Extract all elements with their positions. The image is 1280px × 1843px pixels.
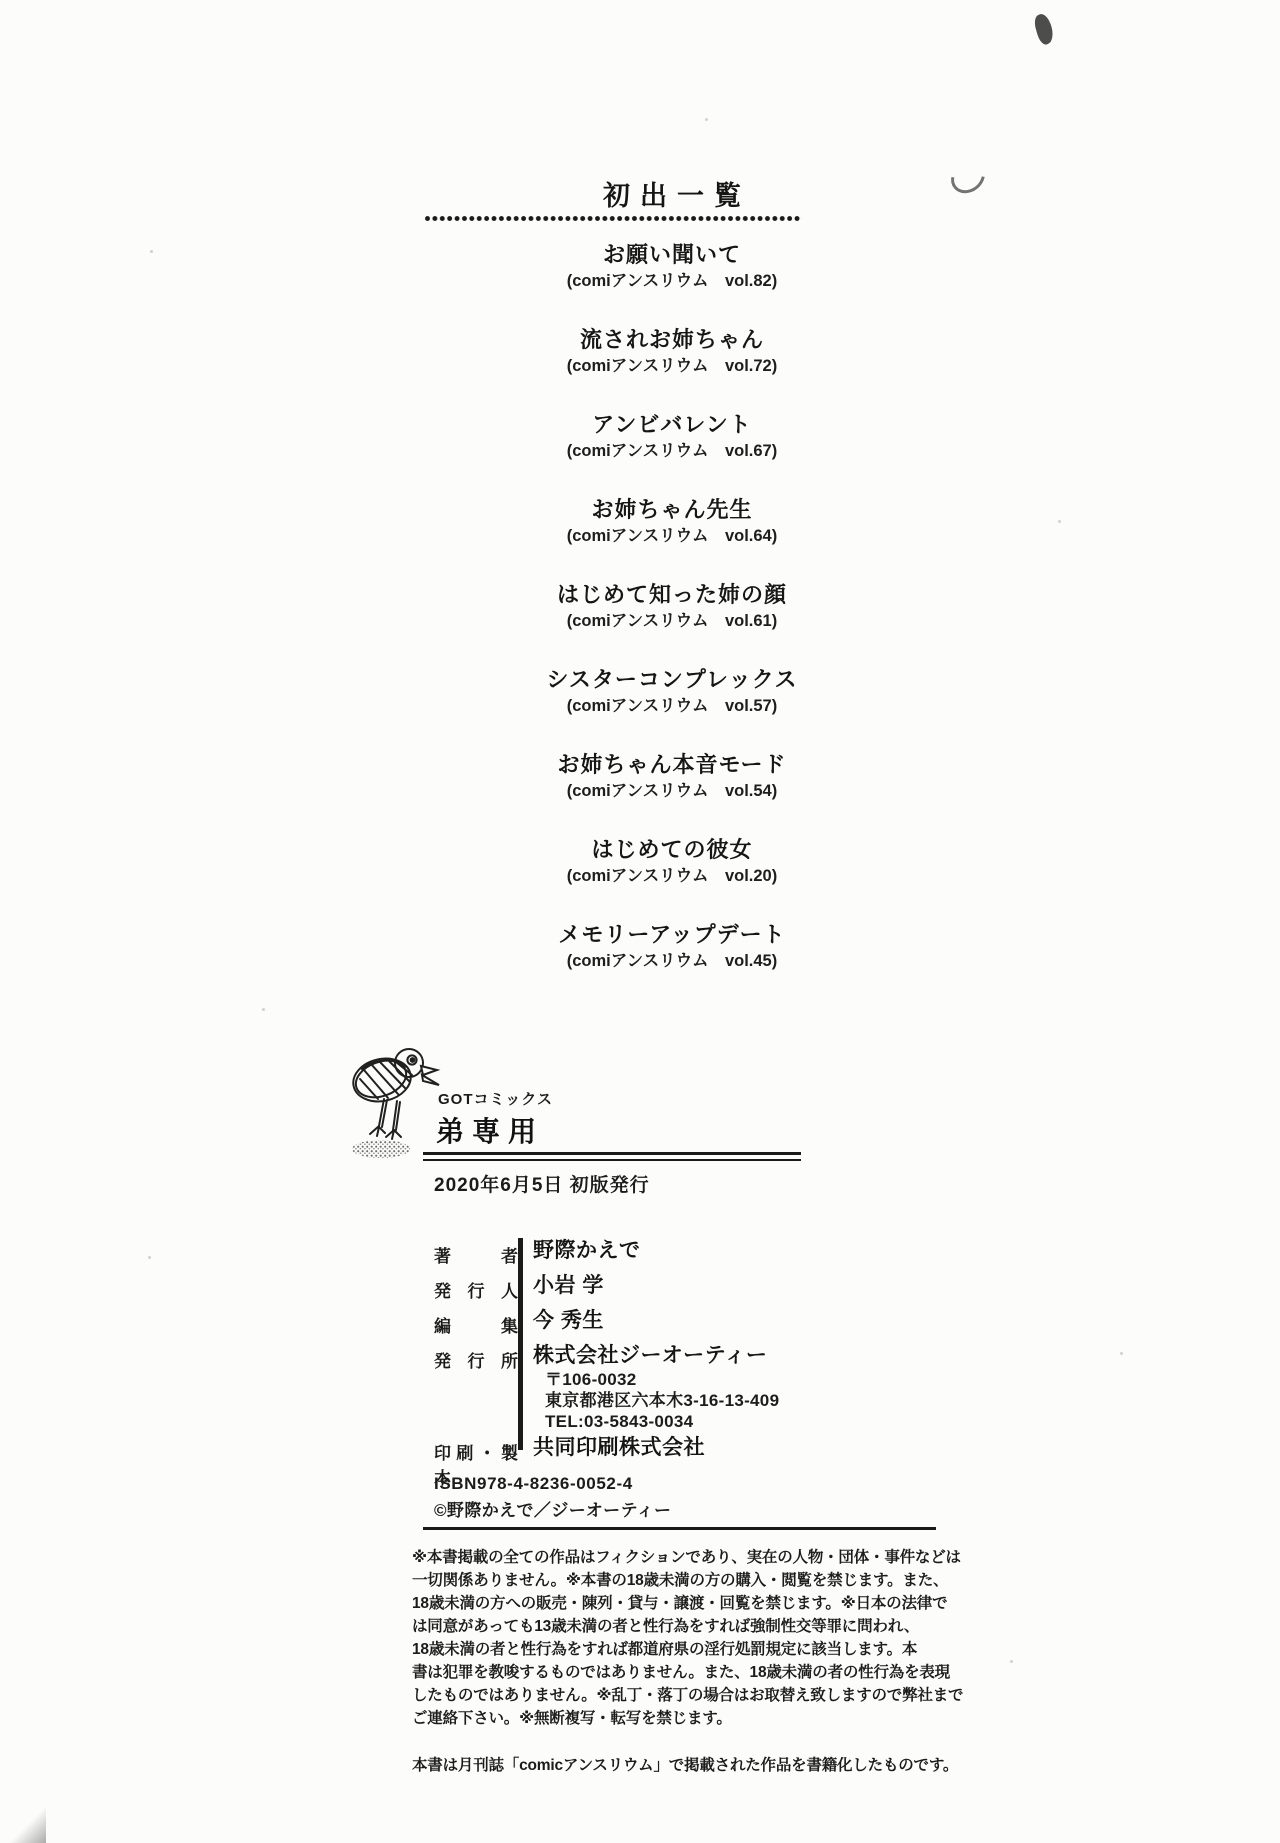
publication-source: (comiアンスリウム vol.20) <box>424 865 920 887</box>
bird-shadow <box>352 1140 410 1158</box>
publication-source: (comiアンスリウム vol.54) <box>424 780 920 802</box>
publication-title: お姉ちゃん先生 <box>424 497 920 523</box>
legal-disclaimer-line: したものではありません。※乱丁・落丁の場合はお取替え致しますので弊社まで <box>412 1684 952 1707</box>
colophon-row: 発行人小岩 学 <box>434 1273 814 1302</box>
scan-speck <box>1120 1352 1123 1355</box>
publisher-address-line: 〒106-0032 <box>545 1369 779 1390</box>
page-title: 初出一覧 <box>424 174 920 213</box>
isbn-line: ISBN978-4-8236-0052-4 <box>434 1474 633 1494</box>
publication-entry: お姉ちゃん先生(comiアンスリウム vol.64) <box>424 497 920 582</box>
legal-divider <box>423 1527 936 1530</box>
colophon-row-value-wrap: 小岩 学 <box>533 1273 604 1299</box>
colophon-row: 発行所株式会社ジーオーティー〒106-0032東京都港区六本木3-16-13-4… <box>434 1343 814 1432</box>
publisher-address-line: TEL:03-5843-0034 <box>545 1411 779 1432</box>
colophon-row-value-wrap: 今 秀生 <box>533 1308 604 1334</box>
publication-entry: お姉ちゃん本音モード(comiアンスリウム vol.54) <box>424 752 920 837</box>
publication-source: (comiアンスリウム vol.45) <box>424 950 920 972</box>
publication-title: シスターコンプレックス <box>424 667 920 693</box>
publication-title: メモリーアップデート <box>424 922 920 948</box>
scan-speck <box>1058 520 1061 523</box>
colophon-row-label: 著者 <box>434 1238 518 1267</box>
publication-source: (comiアンスリウム vol.64) <box>424 525 920 547</box>
publication-entry: アンビバレント(comiアンスリウム vol.67) <box>424 412 920 497</box>
scan-speck <box>150 250 153 253</box>
first-publication-list: お願い聞いて(comiアンスリウム vol.82)流されお姉ちゃん(comiアン… <box>424 242 920 1007</box>
publication-info-table: 著者野際かえで発行人小岩 学編集今 秀生発行所株式会社ジーオーティー〒106-0… <box>434 1236 814 1489</box>
colophon-row-label: 発行所 <box>434 1343 518 1372</box>
colophon-row-value-wrap: 野際かえで <box>533 1238 641 1264</box>
colophon-row-value: 小岩 学 <box>533 1273 604 1299</box>
publication-entry: メモリーアップデート(comiアンスリウム vol.45) <box>424 922 920 1007</box>
publisher-address: 〒106-0032東京都港区六本木3-16-13-409TEL:03-5843-… <box>545 1369 779 1432</box>
legal-disclaimer-line: は同意があっても13歳未満の者と性行為をすれば強制性交等罪に問われ、 <box>412 1615 952 1638</box>
publisher-mascot-bird-icon <box>348 1042 443 1160</box>
publication-title: はじめて知った姉の顔 <box>424 582 920 608</box>
publication-entry: はじめての彼女(comiアンスリウム vol.20) <box>424 837 920 922</box>
publication-source: (comiアンスリウム vol.67) <box>424 440 920 462</box>
legal-disclaimer-line: 一切関係ありません。※本書の18歳未満の方の購入・閲覧を禁じます。また、 <box>412 1569 952 1592</box>
book-title: 弟専用 <box>436 1110 544 1150</box>
scan-speck <box>1010 1660 1013 1663</box>
imprint-label: GOTコミックス <box>438 1088 553 1109</box>
legal-disclaimer-line: 書は犯罪を教唆するものではありません。また、18歳未満の者の性行為を表現 <box>412 1661 952 1684</box>
copyright-line: ©野際かえで／ジーオーティー <box>434 1496 671 1521</box>
scan-artifact <box>1033 11 1056 48</box>
publisher-address-line: 東京都港区六本木3-16-13-409 <box>545 1390 779 1411</box>
publication-title: はじめての彼女 <box>424 837 920 863</box>
publication-title: お姉ちゃん本音モード <box>424 752 920 778</box>
colophon-row-label: 編集 <box>434 1308 518 1337</box>
legal-disclaimer-line: ※本書掲載の全ての作品はフィクションであり、実在の人物・団体・事件などは <box>412 1546 952 1569</box>
publication-entry: はじめて知った姉の顔(comiアンスリウム vol.61) <box>424 582 920 667</box>
publication-source: (comiアンスリウム vol.57) <box>424 695 920 717</box>
publication-source: (comiアンスリウム vol.72) <box>424 355 920 377</box>
scan-artifact <box>945 154 992 200</box>
serialization-note: 本書は月刊誌「comicアンスリウム」で掲載された作品を書籍化したものです。 <box>412 1753 958 1775</box>
publication-source: (comiアンスリウム vol.82) <box>424 270 920 292</box>
scan-speck <box>705 118 708 121</box>
legal-disclaimer-line: 18歳未満の者と性行為をすれば都道府県の淫行処罰規定に該当します。本 <box>412 1638 952 1661</box>
double-rule <box>423 1152 801 1161</box>
scan-artifact <box>0 1791 46 1843</box>
colophon-row-value: 今 秀生 <box>533 1308 604 1334</box>
publication-title: 流されお姉ちゃん <box>424 327 920 353</box>
colophon-row-value: 共同印刷株式会社 <box>533 1435 705 1461</box>
colophon-row-value-wrap: 共同印刷株式会社 <box>533 1435 705 1461</box>
publication-title: お願い聞いて <box>424 242 920 268</box>
colophon-row-value: 野際かえで <box>533 1238 641 1264</box>
publication-title: アンビバレント <box>424 412 920 438</box>
publication-entry: お願い聞いて(comiアンスリウム vol.82) <box>424 242 920 327</box>
legal-disclaimer: ※本書掲載の全ての作品はフィクションであり、実在の人物・団体・事件などは一切関係… <box>412 1546 952 1730</box>
dotted-divider <box>424 215 802 222</box>
legal-disclaimer-line: ご連絡下さい。※無断複写・転写を禁じます。 <box>412 1707 952 1730</box>
publication-source: (comiアンスリウム vol.61) <box>424 610 920 632</box>
colophon-page: 初出一覧 お願い聞いて(comiアンスリウム vol.82)流されお姉ちゃん(c… <box>0 0 1280 1843</box>
scan-speck <box>262 1008 265 1011</box>
publication-entry: シスターコンプレックス(comiアンスリウム vol.57) <box>424 667 920 752</box>
colophon-row: 著者野際かえで <box>434 1238 814 1267</box>
colophon-row: 編集今 秀生 <box>434 1308 814 1337</box>
colophon-row-value: 株式会社ジーオーティー <box>533 1343 779 1369</box>
colophon-row-value-wrap: 株式会社ジーオーティー〒106-0032東京都港区六本木3-16-13-409T… <box>533 1343 779 1432</box>
colophon-row-label: 発行人 <box>434 1273 518 1302</box>
scan-speck <box>148 1256 151 1259</box>
legal-disclaimer-line: 18歳未満の方への販売・陳列・貸与・譲渡・回覧を禁じます。※日本の法律で <box>412 1592 952 1615</box>
publication-entry: 流されお姉ちゃん(comiアンスリウム vol.72) <box>424 327 920 412</box>
edition-line: 2020年6月5日 初版発行 <box>434 1170 650 1197</box>
